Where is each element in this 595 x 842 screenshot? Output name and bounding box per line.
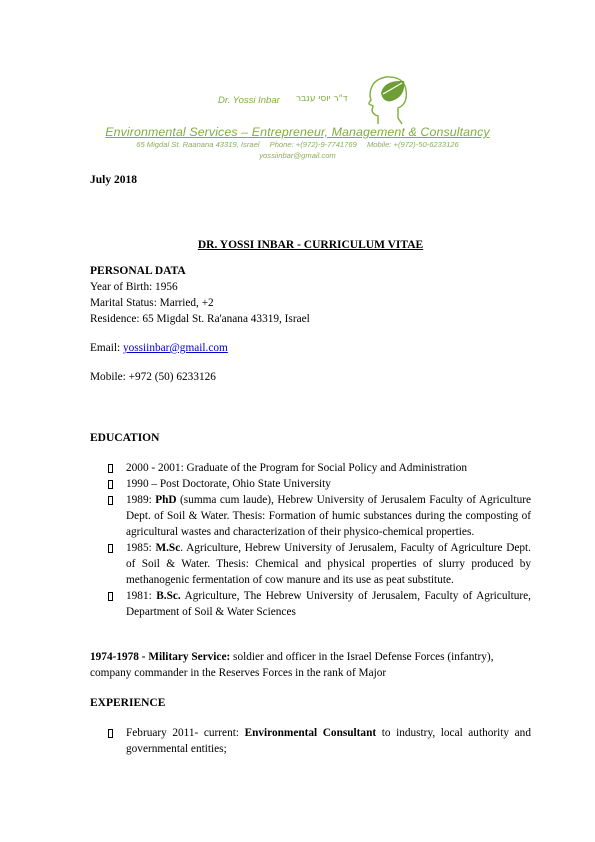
personal-data-heading: PERSONAL DATA <box>90 263 531 279</box>
square-bullet-icon <box>108 592 113 601</box>
letterhead-address: 65 Migdal St. Raanana 43319, Israel <box>136 140 259 149</box>
education-list: 2000 - 2001: Graduate of the Program for… <box>90 460 531 620</box>
list-item: 1985: M.Sc. Agriculture, Hebrew Universi… <box>90 540 531 588</box>
experience-heading: EXPERIENCE <box>90 695 531 711</box>
experience-list: February 2011- current: Environmental Co… <box>90 725 531 757</box>
square-bullet-icon <box>108 480 113 489</box>
square-bullet-icon <box>108 729 113 738</box>
list-item: 2000 - 2001: Graduate of the Program for… <box>90 460 531 476</box>
list-item: 1981: B.Sc. Agriculture, The Hebrew Univ… <box>90 588 531 620</box>
email-link[interactable]: yossiinbar@gmail.com <box>123 342 228 354</box>
education-section: EDUCATION 2000 - 2001: Graduate of the P… <box>90 430 531 620</box>
letterhead-mobile: Mobile: +(972)-50-6233126 <box>367 140 459 149</box>
square-bullet-icon <box>108 544 113 553</box>
military-service: 1974-1978 - Military Service: soldier an… <box>90 649 531 681</box>
square-bullet-icon <box>108 496 113 505</box>
list-item: 1990 – Post Doctorate, Ohio State Univer… <box>90 476 531 492</box>
letterhead-phone: Phone: +(972)-9-7741769 <box>270 140 357 149</box>
list-item: 1989: PhD (summa cum laude), Hebrew Univ… <box>90 492 531 540</box>
experience-section: EXPERIENCE February 2011- current: Envir… <box>90 695 531 757</box>
education-heading: EDUCATION <box>90 430 531 446</box>
head-with-leaf-icon <box>364 74 410 126</box>
personal-data-section: PERSONAL DATA Year of Birth: 1956 Marita… <box>90 263 531 385</box>
mobile: Mobile: +972 (50) 6233126 <box>90 369 531 385</box>
document-date: July 2018 <box>90 174 137 186</box>
list-item: February 2011- current: Environmental Co… <box>90 725 531 757</box>
logo-name: Dr. Yossi Inbar <box>218 95 280 106</box>
email-line: Email: yossiinbar@gmail.com <box>90 340 531 356</box>
letterhead-email: yossiinbar@gmail.com <box>0 151 595 160</box>
residence: Residence: 65 Migdal St. Ra'anana 43319,… <box>90 311 531 327</box>
marital-status: Marital Status: Married, +2 <box>90 295 531 311</box>
email-label: Email: <box>90 342 123 354</box>
square-bullet-icon <box>108 464 113 473</box>
page-title-container: DR. YOSSI INBAR - CURRICULUM VITAE <box>0 235 595 253</box>
military-service-label: 1974-1978 - Military Service: <box>90 651 230 663</box>
logo-name-hebrew: ד"ר יוסי ענבר <box>296 94 348 104</box>
logo: Dr. Yossi Inbar ד"ר יוסי ענבר <box>218 72 418 128</box>
letterhead-contact: 65 Migdal St. Raanana 43319, Israel Phon… <box>0 140 595 149</box>
letterhead-tagline: Environmental Services – Entrepreneur, M… <box>0 125 595 139</box>
year-of-birth: Year of Birth: 1956 <box>90 279 531 295</box>
page-title: DR. YOSSI INBAR - CURRICULUM VITAE <box>198 239 423 251</box>
